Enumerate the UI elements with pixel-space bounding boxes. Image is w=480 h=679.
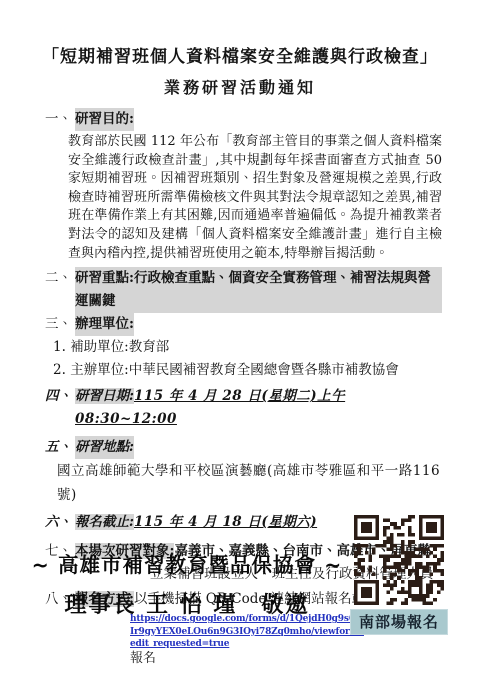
qr-code-icon	[354, 515, 444, 605]
section-venue-heading: 研習地點:	[75, 436, 134, 459]
section-number: 一、	[45, 108, 75, 131]
section-date: 四、 研習日期:115 年 4 月 28 日(星期二)上午 08:30~12:0…	[45, 385, 442, 431]
registration-tail-text: 報名	[130, 651, 442, 666]
notice-document: 「短期補習班個人資料檔案安全維護與行政檢查」 業務研習活動通知 一、 研習目的:…	[0, 0, 480, 679]
document-title: 「短期補習班個人資料檔案安全維護與行政檢查」 業務研習活動通知	[0, 0, 480, 98]
organizer-item-text: 主辦單位:中華民國補習教育全國總會暨各縣市補教協會	[70, 362, 399, 378]
organizer-item: 1. 補助單位:教育部	[53, 336, 442, 359]
footer-invitation: ~ 高雄市補習教育暨品保協會 ~ 理事長 王 怡 瑾 敬邀	[22, 548, 352, 619]
section-organizers-heading: 辦理單位:	[75, 313, 134, 336]
section-number: 六、	[45, 511, 75, 534]
organizer-item-number: 1.	[53, 339, 66, 355]
section-purpose-body: 教育部於民國 112 年公布「教育部主管目的事業之個人資料檔案安全維護行政檢查計…	[68, 133, 442, 263]
venue-address: 國立高雄師範大學和平校區演藝廳(高雄市苓雅區和平一路116號)	[57, 459, 442, 507]
deadline-date-value: 115 年 4 月 18 日(星期六)	[134, 514, 317, 530]
qr-label: 南部場報名	[350, 609, 448, 635]
chairperson-invitation: 理事長 王 怡 瑾 敬邀	[22, 588, 352, 619]
association-name: ~ 高雄市補習教育暨品保協會 ~	[22, 548, 352, 578]
section-number: 三、	[45, 313, 75, 336]
section-purpose-heading: 研習目的:	[75, 108, 134, 131]
organizer-item: 2. 主辦單位:中華民國補習教育全國總會暨各縣市補教協會	[53, 359, 442, 382]
section-number: 二、	[45, 267, 75, 290]
organizer-item-text: 補助單位:教育部	[70, 339, 169, 355]
section-purpose: 一、 研習目的:	[45, 108, 442, 131]
section-date-heading: 研習日期:	[75, 388, 134, 404]
title-line-1: 「短期補習班個人資料檔案安全維護與行政檢查」	[0, 42, 480, 67]
qr-block: 南部場報名	[353, 515, 445, 635]
section-deadline-heading: 報名截止:	[75, 514, 134, 530]
section-focus-heading: 研習重點:行政檢查重點、個資安全實務管理、補習法規與營運關鍵	[75, 267, 442, 313]
section-number: 四、	[45, 385, 75, 408]
section-organizers: 三、 辦理單位:	[45, 313, 442, 336]
title-line-2: 業務研習活動通知	[0, 75, 480, 98]
section-number: 五、	[45, 436, 75, 459]
section-venue: 五、 研習地點:	[45, 436, 442, 459]
organizer-item-number: 2.	[53, 362, 66, 378]
section-focus: 二、 研習重點:行政檢查重點、個資安全實務管理、補習法規與營運關鍵	[45, 267, 442, 313]
